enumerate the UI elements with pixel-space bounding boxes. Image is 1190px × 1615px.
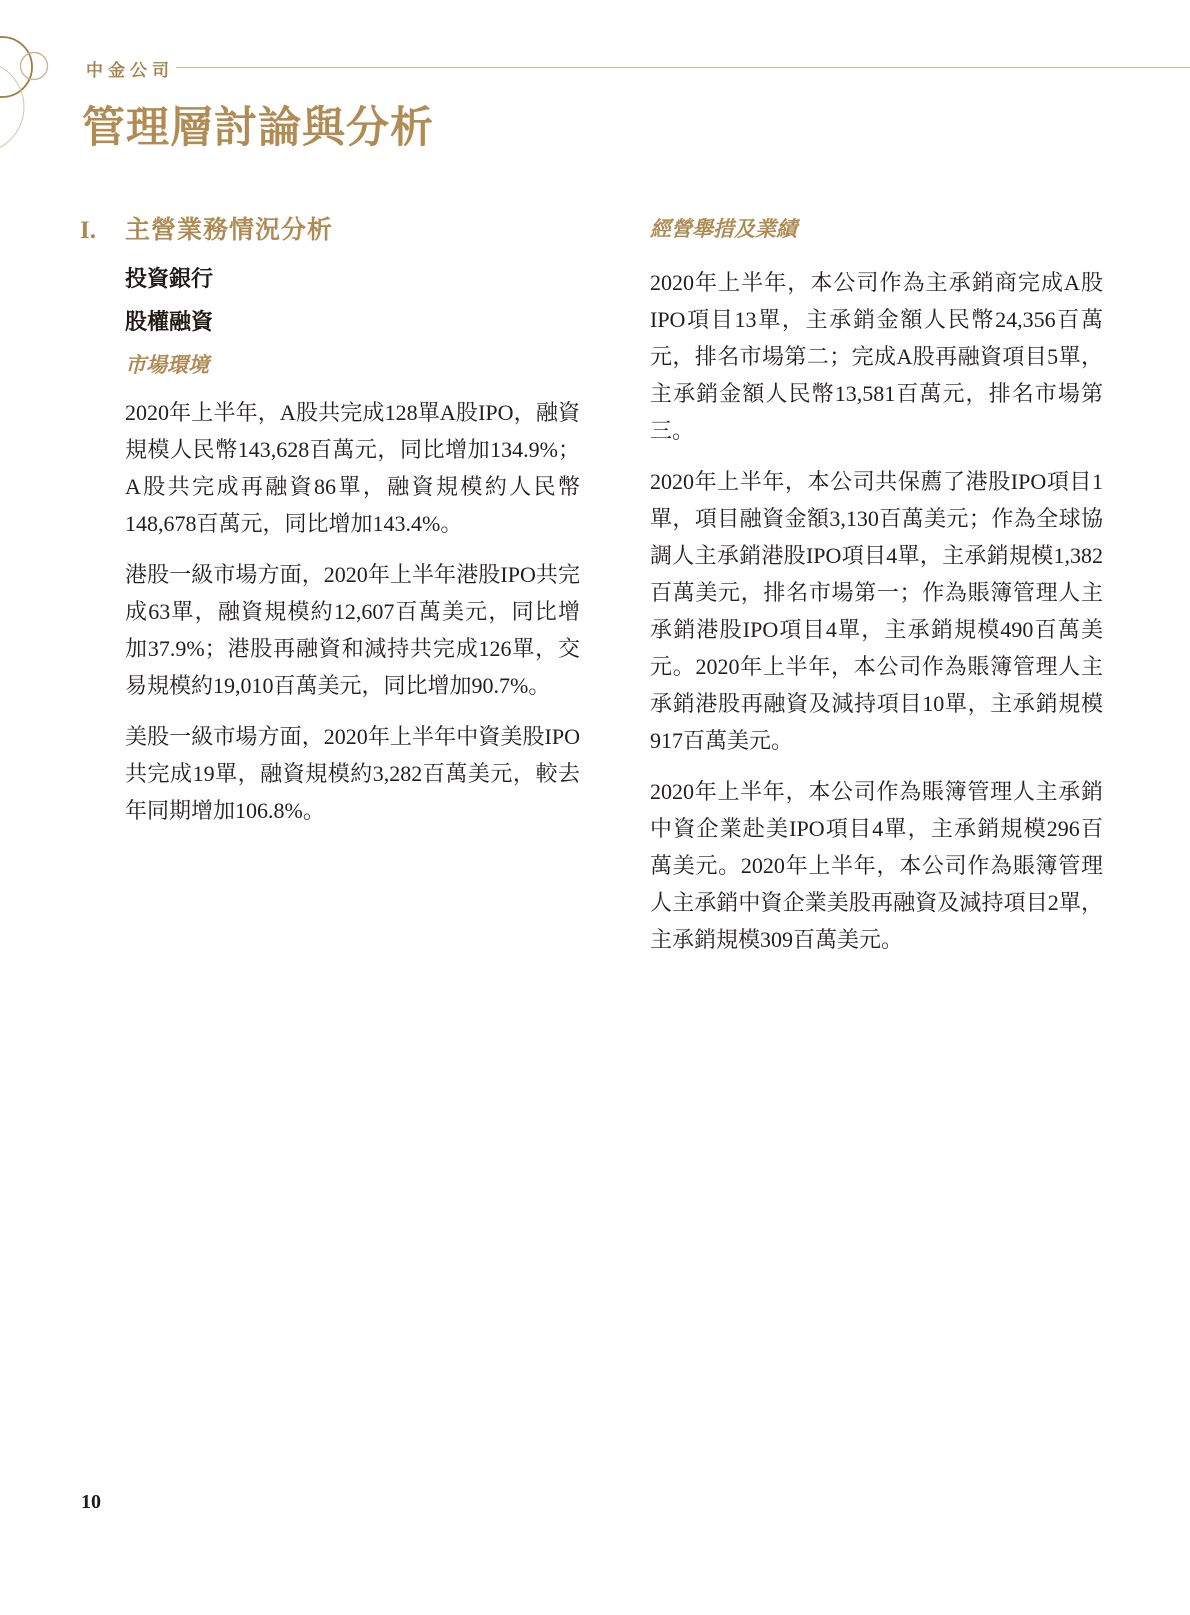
logo-circles-icon [0, 25, 80, 155]
right-paragraph-3: 2020年上半年，本公司作為賬簿管理人主承銷中資企業赴美IPO項目4單，主承銷規… [650, 773, 1103, 958]
section-heading: I. 主營業務情況分析 [80, 214, 580, 248]
right-paragraph-1: 2020年上半年，本公司作為主承銷商完成A股IPO項目13單，主承銷金額人民幣2… [650, 264, 1103, 449]
left-column: I. 主營業務情況分析 投資銀行 股權融資 市場環境 2020年上半年，A股共完… [80, 214, 580, 843]
heading-operations-and-results: 經營舉措及業績 [650, 214, 1103, 244]
section-number: I. [80, 214, 125, 248]
subsection-investment-banking: 投資銀行 [125, 264, 580, 294]
subsection-market-environment: 市場環境 [125, 350, 580, 380]
right-column: 經營舉措及業績 2020年上半年，本公司作為主承銷商完成A股IPO項目13單，主… [650, 214, 1103, 972]
header-rule [176, 67, 1190, 68]
subsection-equity-financing: 股權融資 [125, 307, 580, 337]
left-paragraph-2: 港股一級市場方面，2020年上半年港股IPO共完成63單，融資規模約12,607… [125, 556, 580, 704]
brand-text: 中金公司 [86, 56, 174, 81]
page-number: 10 [81, 1491, 101, 1514]
left-paragraph-1: 2020年上半年，A股共完成128單A股IPO，融資規模人民幣143,628百萬… [125, 394, 580, 542]
right-paragraph-2: 2020年上半年，本公司共保薦了港股IPO項目1單，項目融資金額3,130百萬美… [650, 463, 1103, 759]
left-paragraph-3: 美股一級市場方面，2020年上半年中資美股IPO共完成19單，融資規模約3,28… [125, 718, 580, 829]
report-page: 中金公司 管理層討論與分析 I. 主營業務情況分析 投資銀行 股權融資 市場環境… [0, 0, 1190, 1615]
section-title: 主營業務情況分析 [125, 214, 333, 248]
page-title: 管理層討論與分析 [82, 94, 434, 155]
